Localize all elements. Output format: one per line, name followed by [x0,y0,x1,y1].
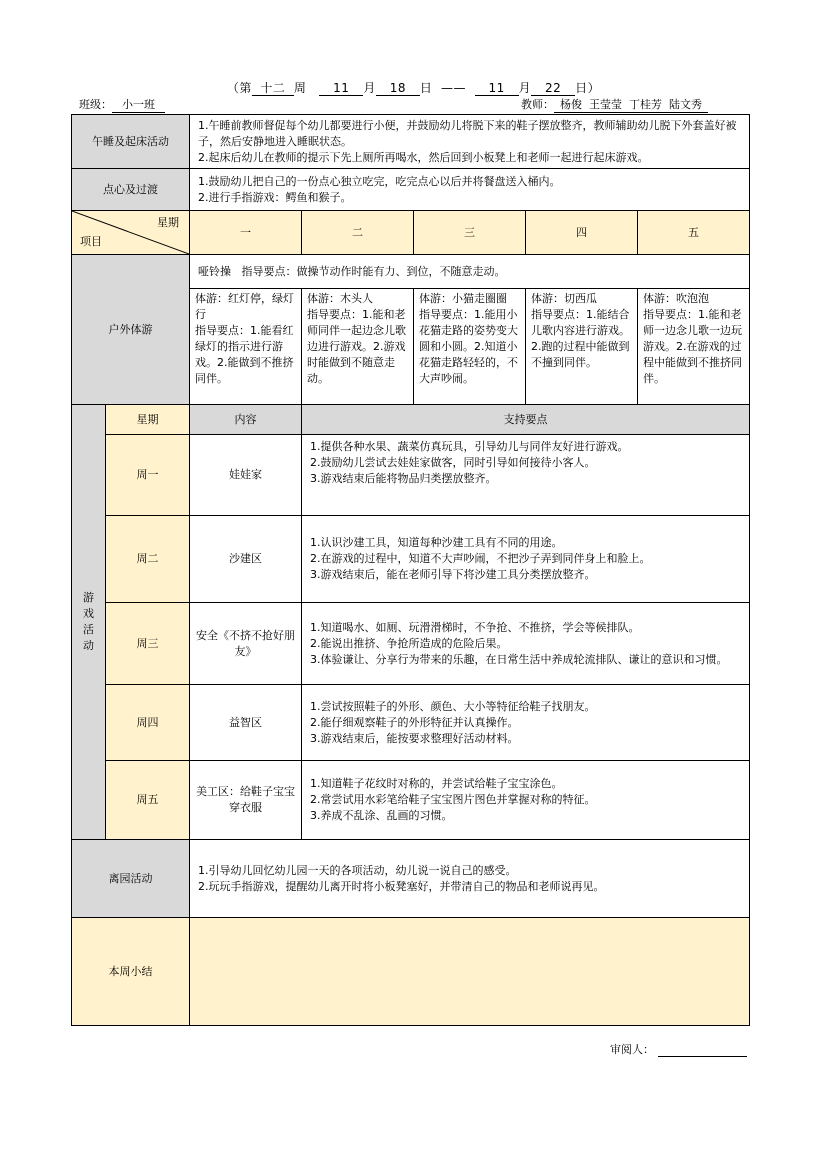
games-support: 1.知道喝水、如厕、玩滑滑梯时，不争抢、不推挤，学会等候排队。 2.能说出推挤、… [302,603,750,685]
day-header-tue: 二 [302,211,414,255]
teacher-label: 教师： [521,98,554,111]
games-label-char: 戏 [72,606,105,622]
support-point: 1.知道喝水、如厕、玩滑滑梯时，不争抢、不推挤，学会等候排队。 [310,620,741,636]
support-point: 2.常尝试用水彩笔给鞋子宝宝图片图色并掌握对称的特征。 [310,792,741,808]
month-label: 月 [363,81,376,95]
games-header-row: 游 戏 活 动 星期 内容 支持要点 [72,405,750,435]
outdoor-game-wed: 体游：小猫走圈圈 指导要点：1.能用小花猫走路的姿势变大圆和小圆。2.知道小花猫… [414,289,526,405]
class-value: 小一班 [112,98,165,113]
snack-row: 点心及过渡 1.鼓励幼儿把自己的一份点心独立吃完，吃完点心以后并将餐盘送入桶内。… [72,169,750,211]
support-point: 3.体验谦让、分享行为带来的乐趣，在日常生活中养成轮流排队、谦让的意识和习惯。 [310,652,741,668]
outdoor-exercise: 哑铃操 指导要点：做操节动作时能有力、到位，不随意走动。 [190,255,750,289]
class-row: 班级：小一班 [79,98,165,113]
nap-row: 午睡及起床活动 1.午睡前教师督促每个幼儿都要进行小便，并鼓励幼儿将脱下来的鞋子… [72,115,750,169]
weekday-header-row: 星期 项目 一 二 三 四 五 [72,211,750,255]
class-label: 班级： [79,98,112,111]
title-open: （第 [227,81,252,95]
item-axis-label: 项目 [80,234,102,250]
games-support: 1.知道鞋子花纹时对称的，并尝试给鞋子宝宝涂色。 2.常尝试用水彩笔给鞋子宝宝图… [302,761,750,840]
leave-content: 1.引导幼儿回忆幼儿园一天的各项活动，幼儿说一说自己的感受。 2.玩玩手指游戏，… [190,840,750,918]
summary-row: 本周小结 [72,918,750,1026]
reviewer-label: 审阅人： [610,1043,654,1056]
outdoor-game-thu: 体游：切西瓜 指导要点：1.能结合儿歌内容进行游戏。2.跑的过程中能做到不撞到同… [526,289,638,405]
support-point: 1.尝试按照鞋子的外形、颜色、大小等特征给鞋子找朋友。 [310,699,741,715]
snack-content: 1.鼓励幼儿把自己的一份点心独立吃完，吃完点心以后并将餐盘送入桶内。 2.进行手… [190,169,750,211]
games-row: 周四 益智区 1.尝试按照鞋子的外形、颜色、大小等特征给鞋子找朋友。 2.能仔细… [72,685,750,761]
week-label: 周 [294,81,307,95]
nap-content: 1.午睡前教师督促每个幼儿都要进行小便，并鼓励幼儿将脱下来的鞋子摆放整齐，教师辅… [190,115,750,169]
games-content: 娃娃家 [190,435,302,516]
summary-label: 本周小结 [72,918,190,1026]
end-day: 22 [531,81,575,96]
outdoor-game-fri: 体游：吹泡泡 指导要点：1.能和老师一边念儿歌一边玩游戏。2.在游戏的过程中能做… [638,289,750,405]
games-col-support: 支持要点 [302,405,750,435]
nap-line-2: 2.起床后幼儿在教师的提示下先上厕所再喝水，然后回到小板凳上和老师一起进行起床游… [198,150,741,166]
games-content: 安全《不挤不抢好朋友》 [190,603,302,685]
leave-line-2: 2.玩玩手指游戏，提醒幼儿离开时将小板凳塞好，并带清自己的物品和老师说再见。 [198,879,741,895]
diagonal-header-cell: 星期 项目 [72,211,190,255]
snack-line-1: 1.鼓励幼儿把自己的一份点心独立吃完，吃完点心以后并将餐盘送入桶内。 [198,174,741,190]
nap-line-1: 1.午睡前教师督促每个幼儿都要进行小便，并鼓励幼儿将脱下来的鞋子摆放整齐，教师辅… [198,118,741,150]
games-content: 美工区：给鞋子宝宝穿衣服 [190,761,302,840]
games-row: 周二 沙建区 1.认识沙建工具，知道每种沙建工具有不同的用途。 2.在游戏的过程… [72,516,750,603]
month-label-2: 月 [519,81,532,95]
week-title: （第十二周 11月18日 —— 11月22日） [0,80,827,96]
snack-line-2: 2.进行手指游戏：鳄鱼和猴子。 [198,190,741,206]
support-point: 1.提供各种水果、蔬菜仿真玩具，引导幼儿与同伴友好进行游戏。 [310,439,741,455]
nap-label: 午睡及起床活动 [72,115,190,169]
day-header-thu: 四 [526,211,638,255]
reviewer-signature-line[interactable] [658,1045,747,1057]
games-label-char: 活 [72,622,105,638]
day-label: 日 [420,81,433,95]
support-point: 2.鼓励幼儿尝试去娃娃家做客，同时引导如何接待小客人。 [310,455,741,471]
summary-input[interactable] [190,918,750,1026]
games-day: 周五 [106,761,190,840]
teacher-row: 教师：杨俊 王莹莹 丁桂芳 陆文秀 [521,98,708,113]
reviewer-signature: 审阅人： [610,1043,747,1057]
date-dash: —— [441,81,466,95]
games-day: 周三 [106,603,190,685]
leave-label: 离园活动 [72,840,190,918]
day-header-wed: 三 [414,211,526,255]
games-support: 1.尝试按照鞋子的外形、颜色、大小等特征给鞋子找朋友。 2.能仔细观察鞋子的外形… [302,685,750,761]
snack-label: 点心及过渡 [72,169,190,211]
games-support: 1.提供各种水果、蔬菜仿真玩具，引导幼儿与同伴友好进行游戏。 2.鼓励幼儿尝试去… [302,435,750,516]
title-close: 日） [575,81,600,95]
support-point: 1.认识沙建工具，知道每种沙建工具有不同的用途。 [310,535,741,551]
games-day: 周四 [106,685,190,761]
teacher-value: 杨俊 王莹莹 丁桂芳 陆文秀 [554,98,708,113]
start-day: 18 [376,81,420,96]
games-content: 益智区 [190,685,302,761]
games-label: 游 戏 活 动 [72,405,106,840]
support-point: 3.游戏结束后能将物品归类摆放整齐。 [310,471,741,487]
leave-row: 离园活动 1.引导幼儿回忆幼儿园一天的各项活动，幼儿说一说自己的感受。 2.玩玩… [72,840,750,918]
outdoor-game-tue: 体游：木头人 指导要点：1.能和老师同伴一起边念儿歌边进行游戏。2.游戏时能做到… [302,289,414,405]
day-header-fri: 五 [638,211,750,255]
support-point: 3.游戏结束后，能按要求整理好活动材料。 [310,731,741,747]
games-row: 周一 娃娃家 1.提供各种水果、蔬菜仿真玩具，引导幼儿与同伴友好进行游戏。 2.… [72,435,750,516]
support-point: 2.在游戏的过程中，知道不大声吵闹，不把沙子弄到同伴身上和脸上。 [310,551,741,567]
end-month: 11 [475,81,519,96]
games-day: 周一 [106,435,190,516]
support-point: 2.能说出推挤、争抢所造成的危险后果。 [310,636,741,652]
games-col-day: 星期 [106,405,190,435]
games-day: 周二 [106,516,190,603]
games-col-content: 内容 [190,405,302,435]
games-label-char: 动 [72,638,105,654]
start-month: 11 [319,81,363,96]
leave-line-1: 1.引导幼儿回忆幼儿园一天的各项活动，幼儿说一说自己的感受。 [198,863,741,879]
outdoor-label: 户外体游 [72,255,190,405]
games-row: 周三 安全《不挤不抢好朋友》 1.知道喝水、如厕、玩滑滑梯时，不争抢、不推挤，学… [72,603,750,685]
games-row: 周五 美工区：给鞋子宝宝穿衣服 1.知道鞋子花纹时对称的，并尝试给鞋子宝宝涂色。… [72,761,750,840]
games-content: 沙建区 [190,516,302,603]
week-number: 十二 [252,81,294,96]
outdoor-exercise-row: 户外体游 哑铃操 指导要点：做操节动作时能有力、到位，不随意走动。 [72,255,750,289]
support-point: 3.游戏结束后，能在老师引导下将沙建工具分类摆放整齐。 [310,567,741,583]
support-point: 3.养成不乱涂、乱画的习惯。 [310,808,741,824]
weekly-plan-table: 午睡及起床活动 1.午睡前教师督促每个幼儿都要进行小便，并鼓励幼儿将脱下来的鞋子… [71,114,750,1026]
games-support: 1.认识沙建工具，知道每种沙建工具有不同的用途。 2.在游戏的过程中，知道不大声… [302,516,750,603]
support-point: 1.知道鞋子花纹时对称的，并尝试给鞋子宝宝涂色。 [310,776,741,792]
games-label-char: 游 [72,590,105,606]
day-header-mon: 一 [190,211,302,255]
outdoor-game-mon: 体游：红灯停，绿灯行 指导要点：1.能看红绿灯的指示进行游戏。2.能做到不推挤同… [190,289,302,405]
weekday-axis-label: 星期 [157,215,179,231]
support-point: 2.能仔细观察鞋子的外形特征并认真操作。 [310,715,741,731]
